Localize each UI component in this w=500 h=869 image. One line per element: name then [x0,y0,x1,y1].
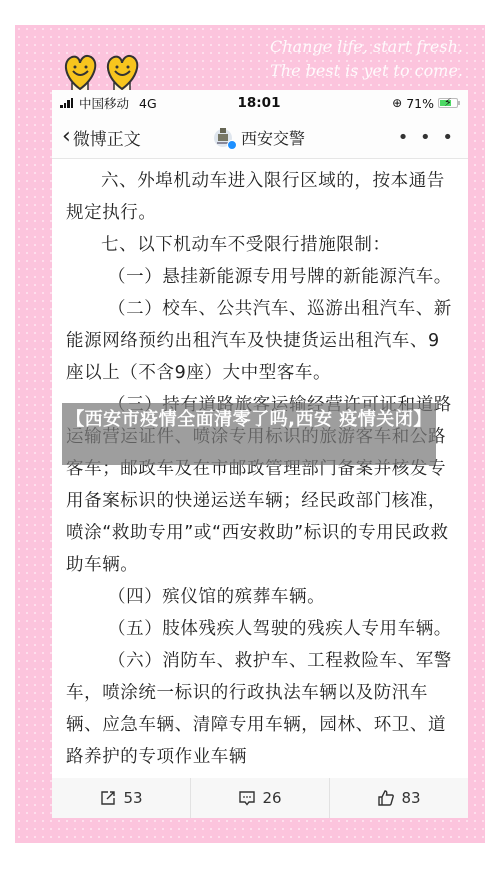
avatar[interactable] [213,126,233,148]
slogan-line-1: Change life, start fresh. [270,35,463,59]
battery-percent: 71% [406,96,434,111]
repost-icon [99,789,117,807]
slogan-line-2: The best is yet to come. [270,59,463,83]
article-paragraph: 六、外埠机动车进入限行区域的，按本通告规定执行。 [66,165,454,229]
verified-badge-icon [227,140,237,150]
network-type: 4G [139,96,157,111]
repost-button[interactable]: 53 [52,778,190,818]
article-paragraph: （五）肢体残疾人驾驶的残疾人专用车辆。 [66,613,454,645]
carrier-name: 中国移动 [79,94,129,112]
comment-icon [238,789,256,807]
action-bar: 53 26 83 [52,778,468,818]
back-label: 微博正文 [73,125,141,150]
back-button[interactable]: ‹ 微博正文 [62,125,182,150]
article-paragraph: （一）悬挂新能源专用号牌的新能源汽车。 [66,261,454,293]
clock: 18:01 [238,95,281,111]
slogan: Change life, start fresh. The best is ye… [270,35,463,83]
article-paragraph: 七、以下机动车不受限行措施限制： [66,229,454,261]
article-paragraph: （四）殡仪馆的殡葬车辆。 [66,581,454,613]
article-paragraph: （六）消防车、救护车、工程救险车、军警车，喷涂统一标识的行政执法车辆以及防汛车辆… [66,645,454,773]
account-header[interactable]: 西安交警 [213,126,305,149]
signal-strength-icon [60,98,73,108]
chevron-left-icon: ‹ [62,126,71,148]
like-button[interactable]: 83 [329,778,468,818]
thumbs-up-icon [377,789,395,807]
repost-count: 53 [123,789,142,807]
status-bar: 中国移动 4G 18:01 ⊕ 71% ⚡ [52,90,468,116]
like-count: 83 [401,789,420,807]
more-options-button[interactable]: • • • [336,127,456,148]
comment-count: 26 [262,789,281,807]
orientation-lock-icon: ⊕ [392,96,402,110]
nav-bar: ‹ 微博正文 西安交警 • • • [52,116,468,159]
article-paragraph: （二）校车、公共汽车、巡游出租汽车、新能源网络预约出租汽车及快捷货运出租汽车、9… [66,293,454,389]
comment-button[interactable]: 26 [190,778,329,818]
account-name: 西安交警 [241,126,305,149]
article-body: 六、外埠机动车进入限行区域的，按本通告规定执行。 七、以下机动车不受限行措施限制… [52,159,468,773]
overlay-title-banner: 【西安市疫情全面清零了吗,西安 疫情关闭】 [62,403,436,465]
battery-charging-icon: ⚡ [438,98,458,108]
